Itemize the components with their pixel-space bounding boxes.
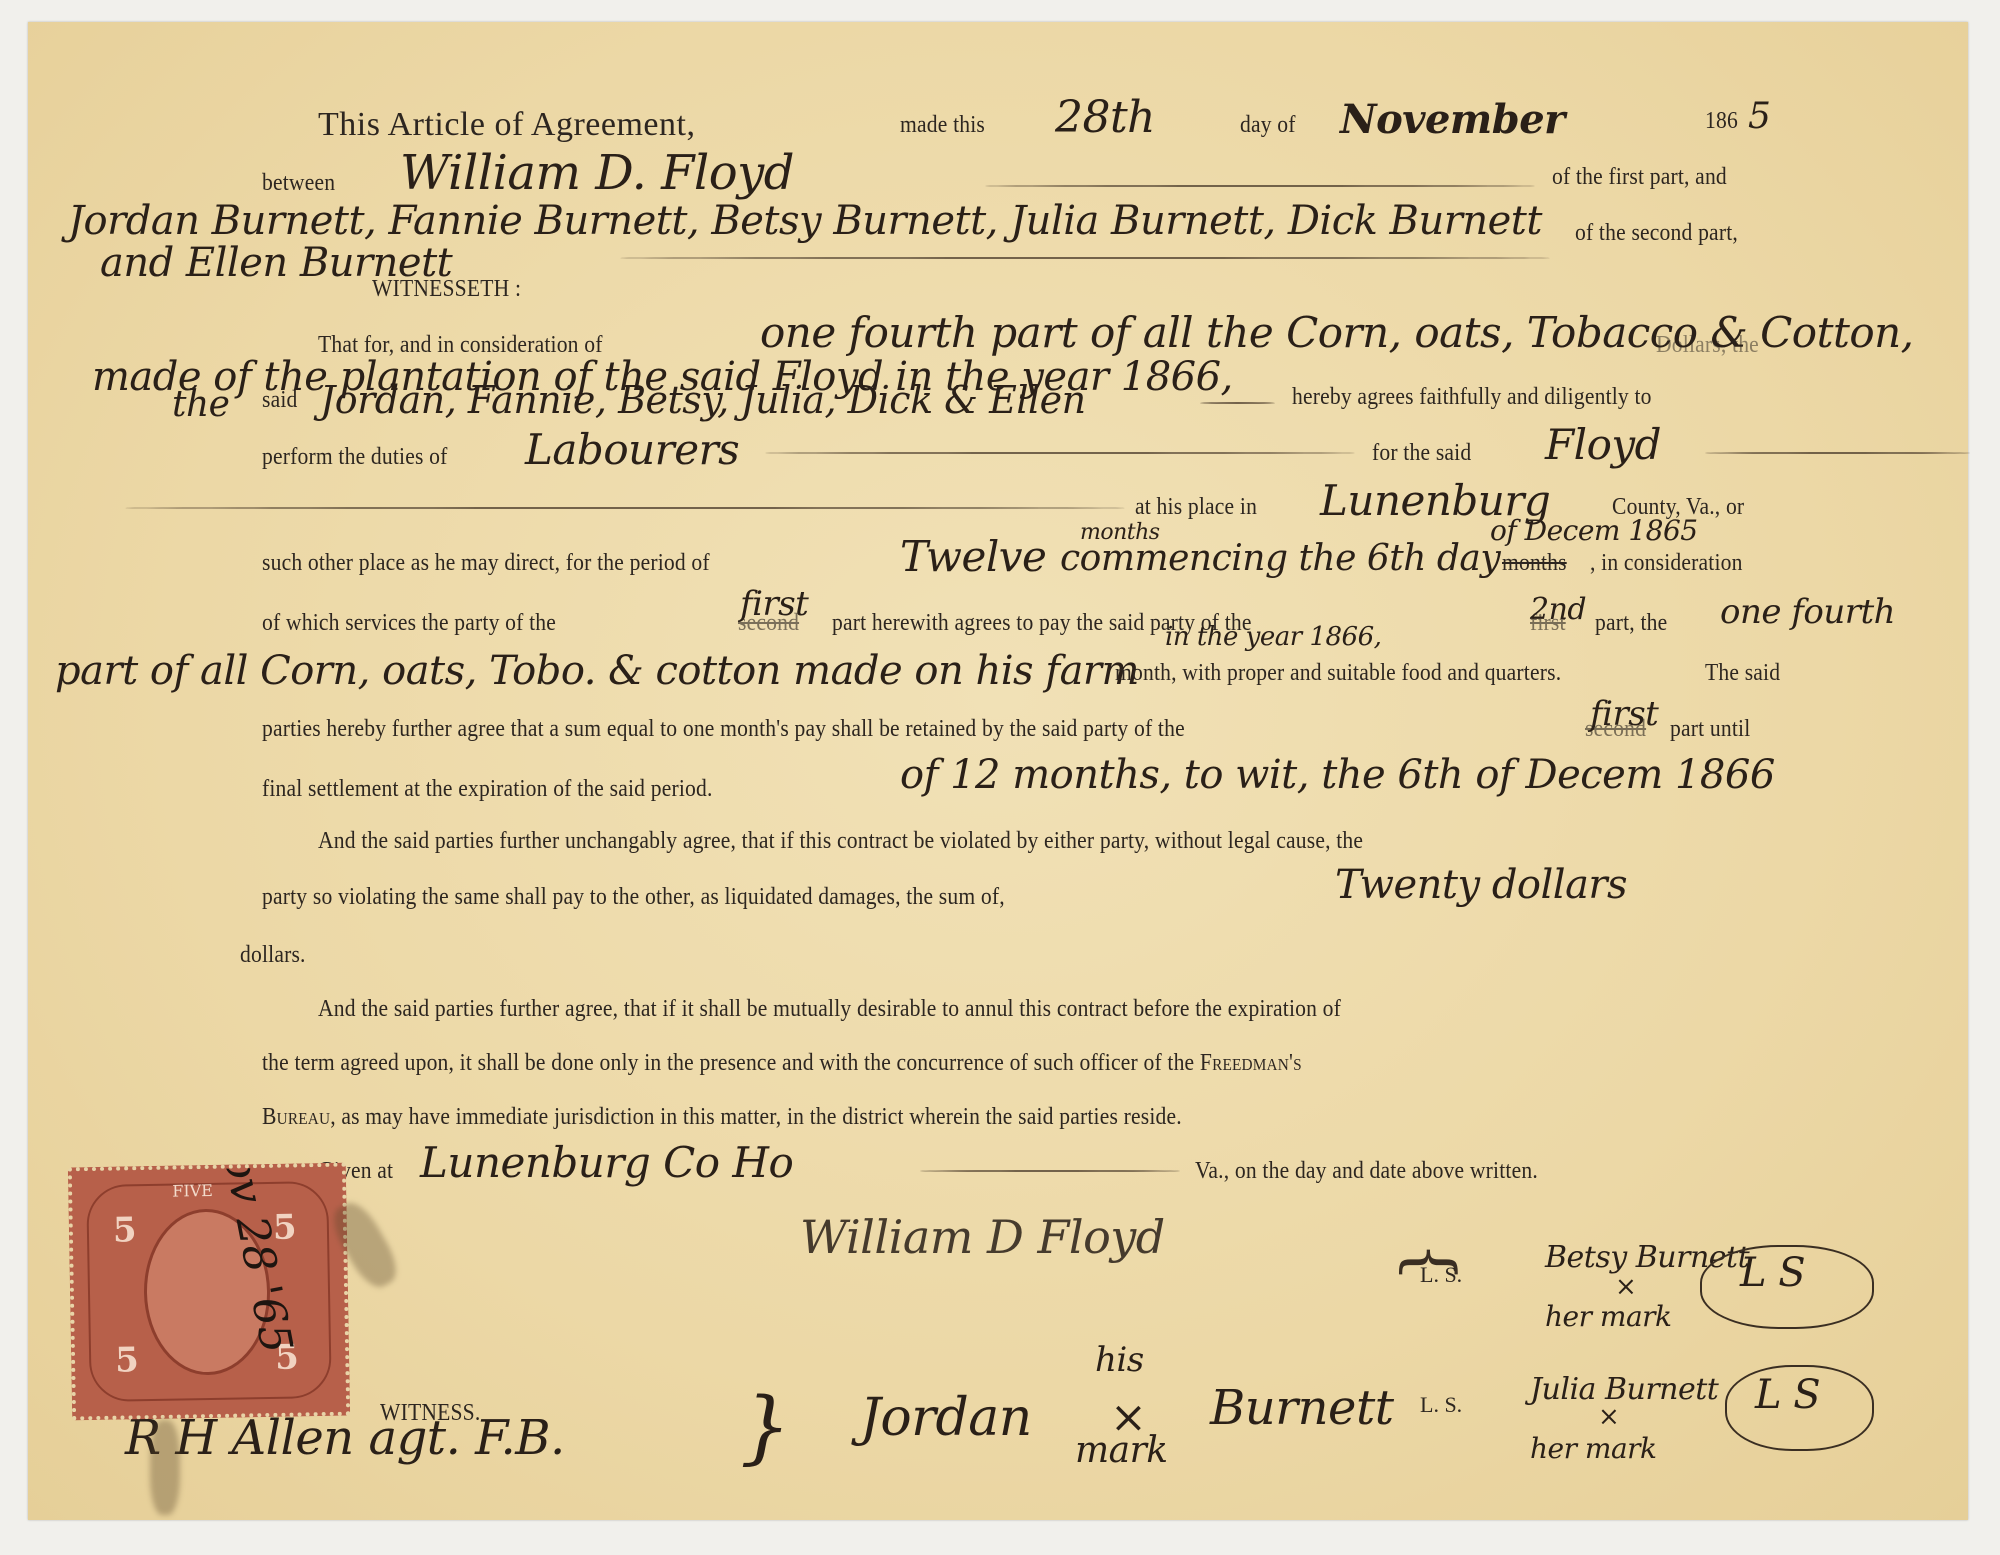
damages-paragraph-1: And the said parties further unchangably…	[318, 828, 1363, 855]
party-insert: first	[740, 584, 808, 624]
at-place-label: at his place in	[1135, 494, 1257, 521]
signature-floyd: William D Floyd	[800, 1210, 1165, 1264]
the-said-label: The said	[1705, 660, 1780, 687]
fill-line	[985, 185, 1535, 187]
months-struck: months	[1502, 550, 1567, 577]
ls-seal-1: L. S.	[1420, 1262, 1462, 1288]
x-mark: ×	[1598, 1402, 1619, 1432]
for-said-value: Floyd	[1545, 420, 1661, 469]
retained-insert: first	[1590, 694, 1658, 734]
stamp-label: FIVE	[172, 1181, 213, 1201]
betsy-her-mark: her mark	[1545, 1300, 1671, 1333]
ls-seal-2: L. S.	[1420, 1392, 1462, 1418]
for-said-label: for the said	[1372, 440, 1471, 467]
party2-insert: 2nd	[1530, 592, 1586, 627]
betsy-ls: L S	[1740, 1250, 1805, 1296]
hereby-agrees-label: hereby agrees faithfully and diligently …	[1292, 384, 1652, 411]
signature-jordan-last: Burnett	[1210, 1380, 1394, 1436]
made-this-label: made this	[900, 112, 985, 139]
pay-insert: in the year 1866,	[1165, 622, 1381, 652]
dollars-the-label: Dollars, the	[1656, 332, 1759, 359]
fill-line	[765, 452, 1355, 454]
fill-line	[620, 257, 1550, 259]
final-settlement-label: final settlement at the expiration of th…	[262, 776, 713, 803]
second-party-line-1: Jordan Burnett, Fannie Burnett, Betsy Bu…	[68, 198, 1542, 244]
such-other-place-label: such other place as he may direct, for t…	[262, 550, 710, 577]
x-mark: ×	[1615, 1272, 1636, 1302]
part-until-label: part until	[1670, 716, 1750, 743]
bureau-text: Bureau	[262, 1104, 330, 1130]
stamp-value: 5	[115, 1340, 139, 1380]
period-commencing: commencing the 6th day	[1060, 538, 1500, 579]
stamp-value: 5	[113, 1210, 137, 1250]
witnesseth-heading: WITNESSETH :	[372, 276, 521, 303]
fill-line	[1200, 402, 1275, 404]
fill-line	[125, 507, 1125, 509]
fill-line	[920, 1170, 1180, 1172]
jordan-mark: mark	[1075, 1430, 1168, 1471]
year-prefix: 186	[1705, 108, 1738, 135]
given-at-suffix: Va., on the day and date above written.	[1195, 1158, 1538, 1185]
year-suffix: 5	[1748, 96, 1770, 137]
dollars-label: dollars.	[240, 942, 306, 969]
period-value: Twelve	[900, 532, 1046, 581]
first-party-name: William D. Floyd	[400, 145, 794, 201]
day-value: 28th	[1055, 92, 1155, 143]
perform-duties-label: perform the duties of	[262, 444, 448, 471]
annul-paragraph-3: Bureau, as may have immediate jurisdicti…	[262, 1104, 1182, 1131]
second-part-label: of the second part,	[1575, 220, 1738, 247]
in-consideration-label: , in consideration	[1590, 550, 1743, 577]
said-parties-value: Jordan, Fannie, Betsy, Julia, Dick & Ell…	[320, 378, 1086, 422]
annul-paragraph-1: And the said parties further agree, that…	[318, 996, 1341, 1023]
final-settlement-value: of 12 months, to wit, the 6th of Decem 1…	[900, 752, 1775, 798]
annul-paragraph-3-text: , as may have immediate jurisdiction in …	[330, 1104, 1182, 1130]
annul-paragraph-2-text: the term agreed upon, it shall be done o…	[262, 1050, 1194, 1076]
julia-ls: L S	[1755, 1372, 1820, 1418]
ink-smudge	[150, 1420, 180, 1515]
period-date: of Decem 1865	[1490, 514, 1698, 547]
damages-paragraph-2: party so violating the same shall pay to…	[262, 884, 1005, 911]
margin-the: the	[172, 384, 229, 425]
first-part-label: of the first part, and	[1552, 164, 1727, 191]
document-title: This Article of Agreement,	[318, 106, 695, 144]
signature-julia: Julia Burnett	[1530, 1372, 1718, 1407]
freedmans-text: Freedman's	[1200, 1050, 1302, 1076]
part-the-label: part, the	[1595, 610, 1667, 637]
duties-value: Labourers	[525, 425, 739, 474]
brace-icon: }	[740, 1380, 790, 1473]
pay-value-b: part of all Corn, oats, Tobo. & cotton m…	[55, 648, 1139, 694]
jordan-his: his	[1095, 1340, 1144, 1380]
pay-value-a: one fourth	[1720, 592, 1895, 632]
day-of-label: day of	[1240, 112, 1296, 139]
damages-value: Twenty dollars	[1335, 862, 1627, 908]
witness-signature: R H Allen agt. F.B.	[125, 1410, 565, 1466]
said-label: said	[262, 387, 298, 414]
julia-her-mark: her mark	[1530, 1432, 1656, 1465]
month-label: month, with proper and suitable food and…	[1115, 660, 1561, 687]
fill-line	[1705, 452, 1970, 454]
given-at-value: Lunenburg Co Ho	[420, 1138, 793, 1187]
annul-paragraph-2: the term agreed upon, it shall be done o…	[262, 1050, 1302, 1077]
revenue-stamp: FIVE 5 5 5 5 Nov 28 '65	[68, 1163, 350, 1421]
between-label: between	[262, 170, 335, 197]
month-value: November	[1340, 96, 1565, 143]
of-which-label: of which services the party of the	[262, 610, 556, 637]
retained-text: parties hereby further agree that a sum …	[262, 716, 1185, 743]
signature-jordan-first: Jordan	[860, 1388, 1032, 1448]
